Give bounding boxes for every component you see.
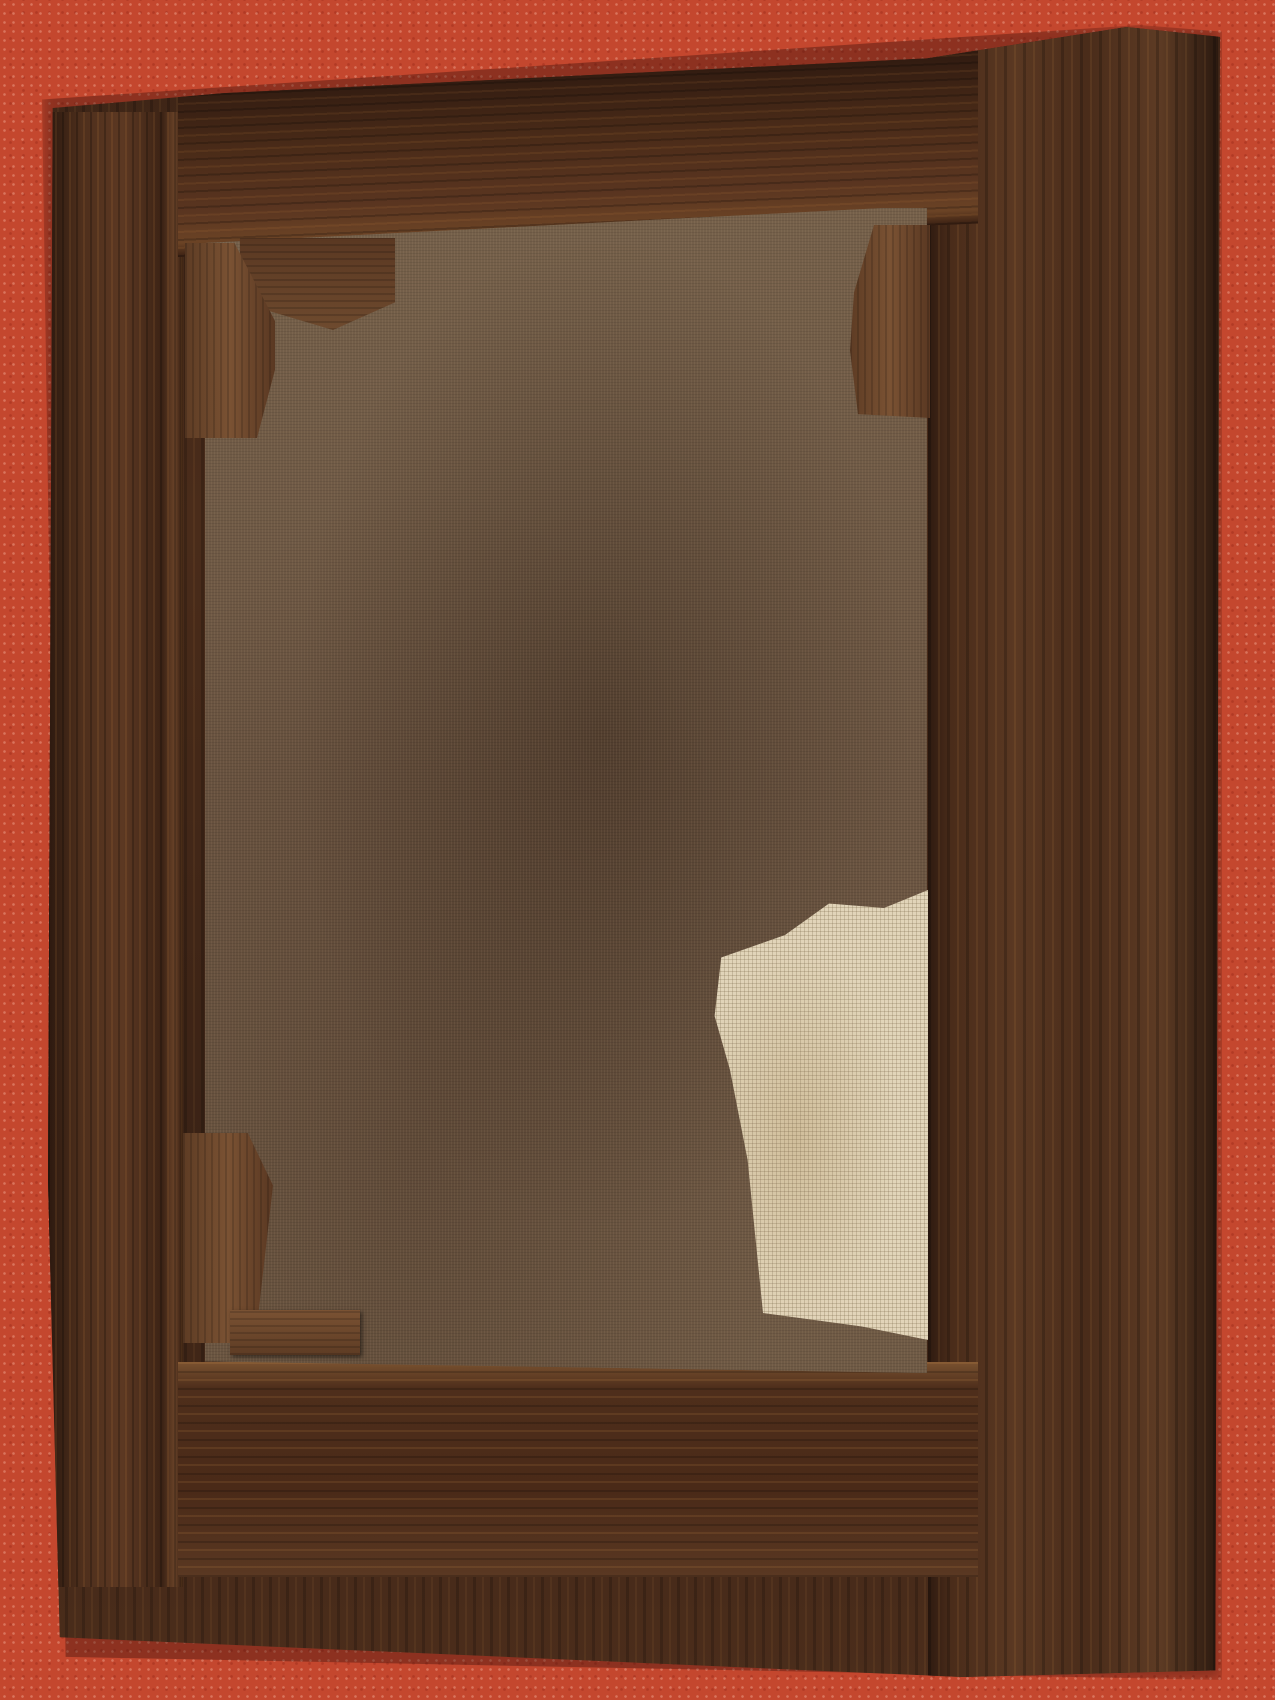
frame-left-stile [48,112,183,1587]
frame-bottom-rail [178,1362,978,1577]
corner-key-bottom-left-horizontal [230,1310,360,1355]
